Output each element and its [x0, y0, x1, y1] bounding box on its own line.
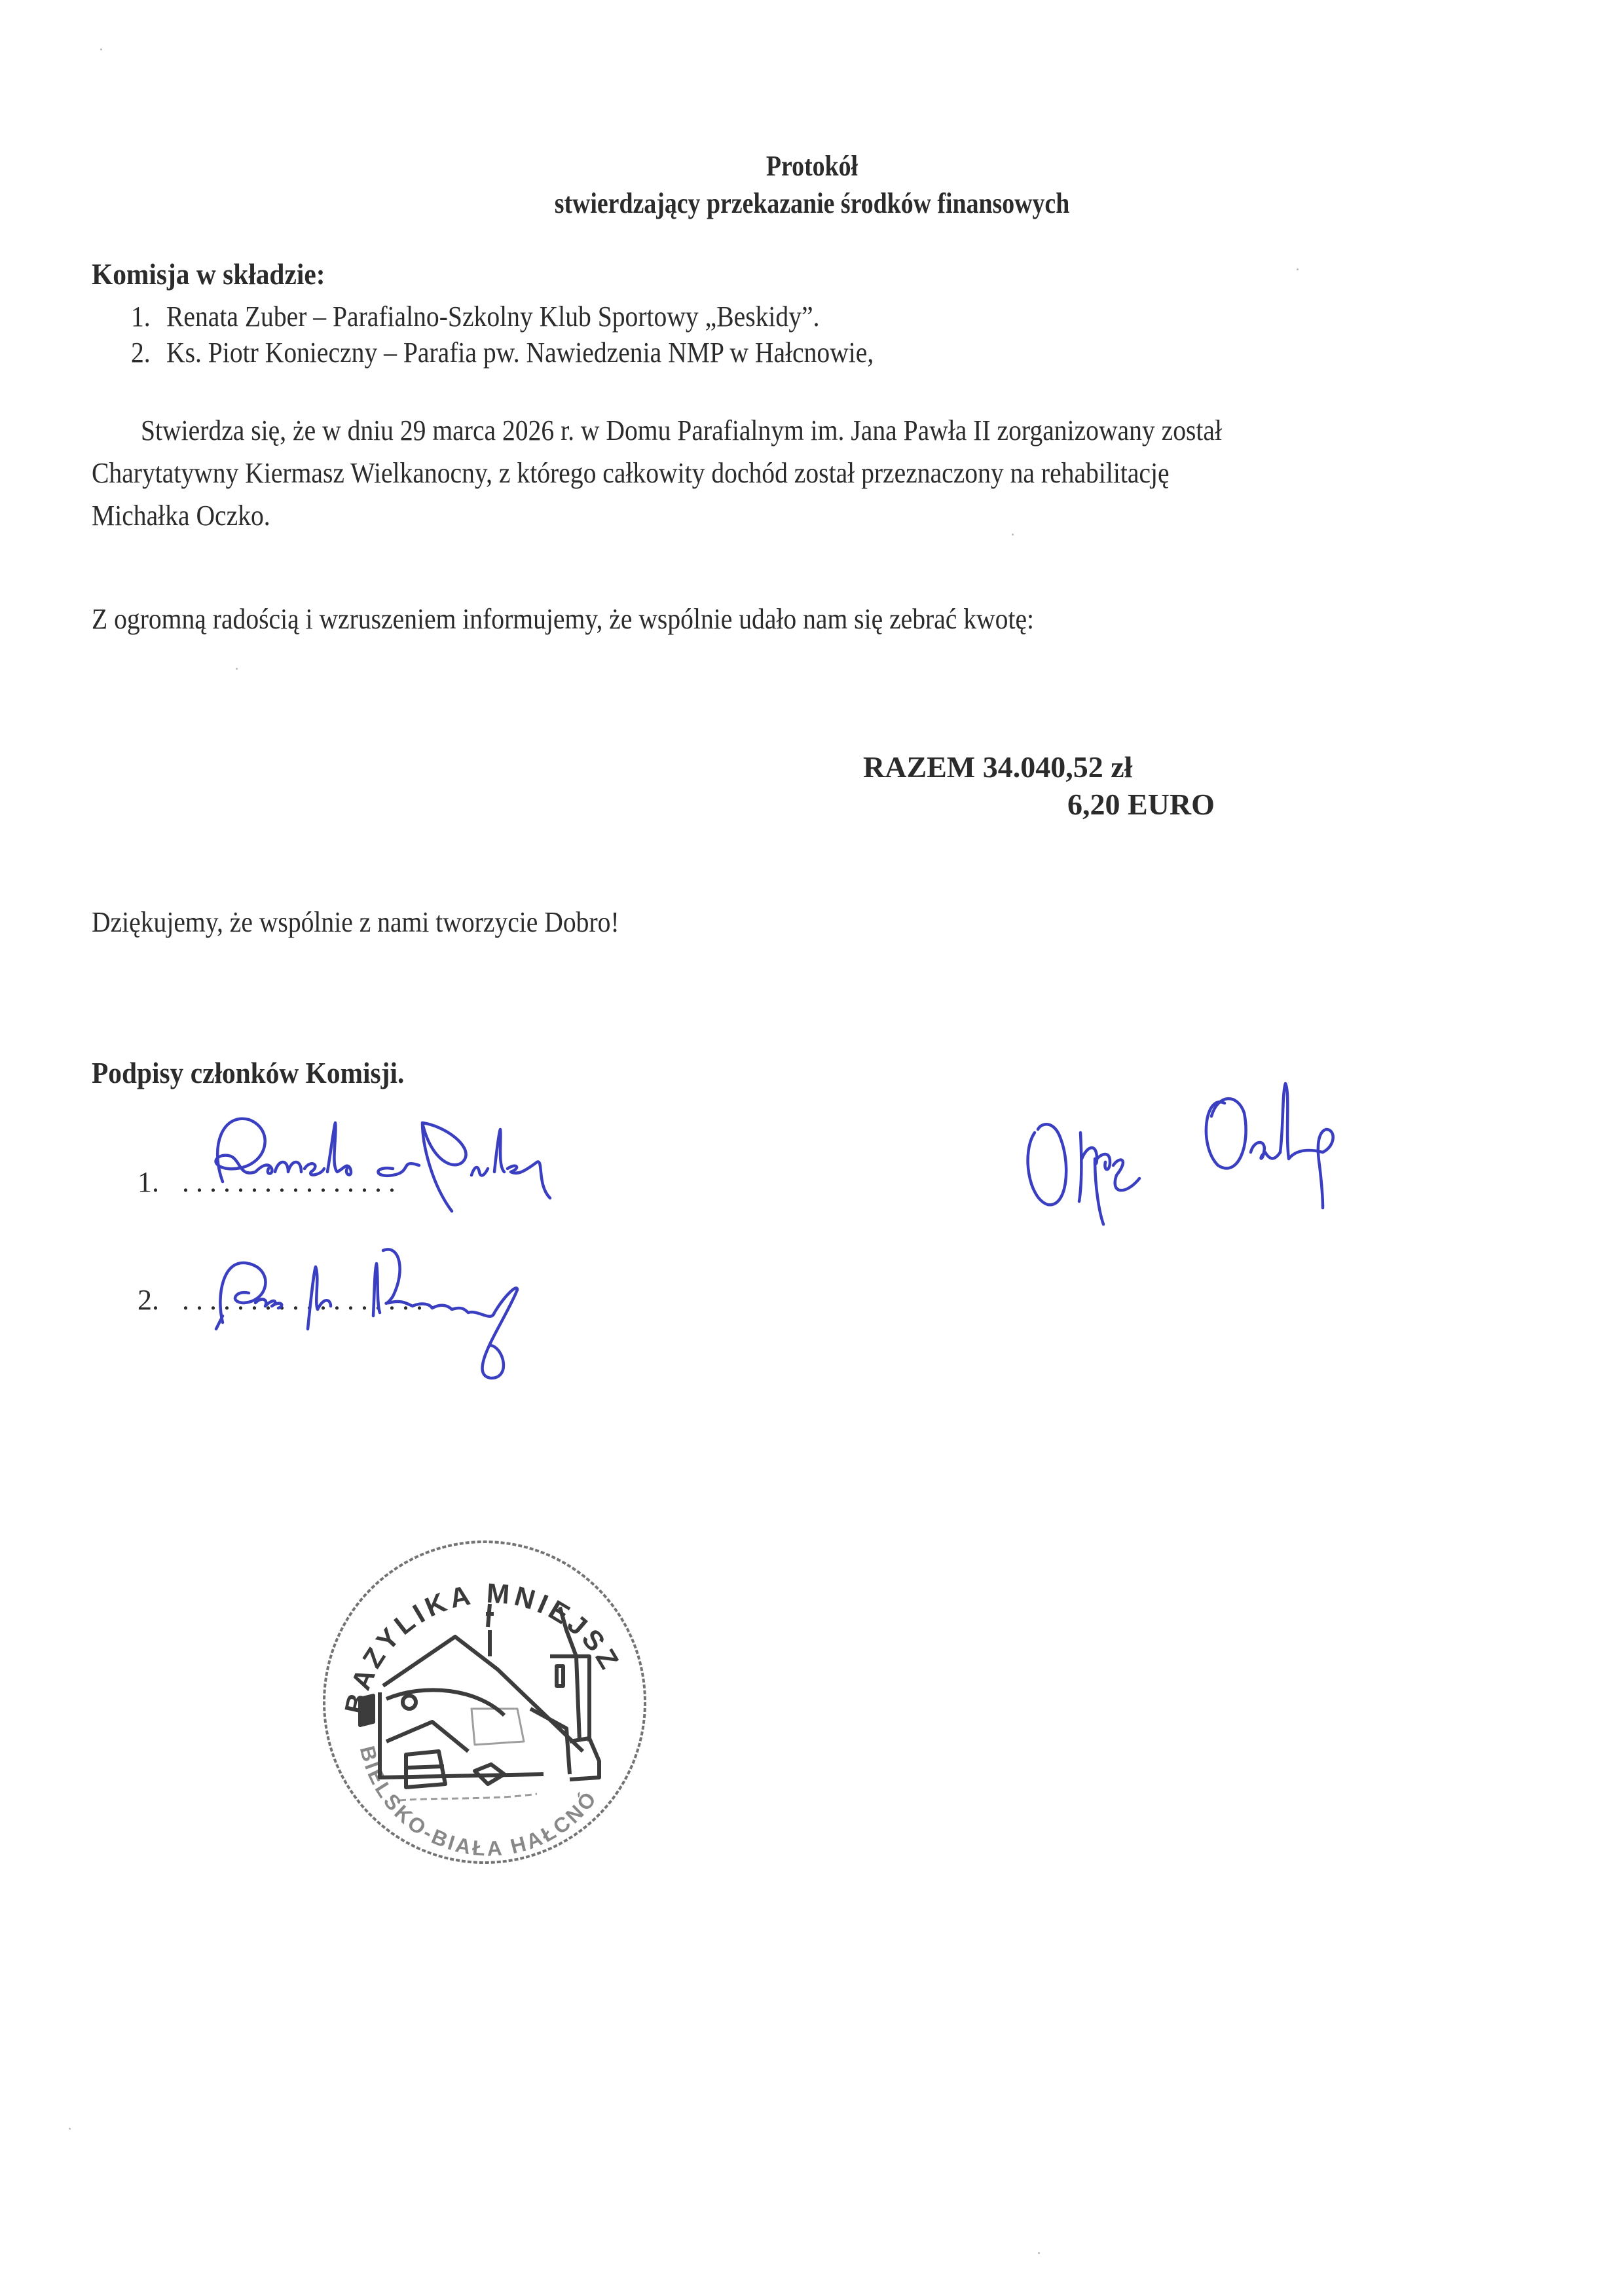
committee-member: 2.Ks. Piotr Konieczny – Parafia pw. Nawi…	[131, 336, 874, 369]
scan-speck	[1297, 268, 1299, 270]
signatures-heading: Podpisy członków Komisji.	[92, 1055, 404, 1090]
signature-number: 1.	[138, 1166, 159, 1198]
scan-speck	[1038, 2252, 1040, 2254]
document-title: Protokół	[114, 149, 1511, 183]
signature-number: 2.	[138, 1284, 159, 1316]
scan-speck	[236, 668, 238, 670]
total-label: RAZEM	[863, 750, 975, 784]
statement-line: Stwierdza się, że w dniu 29 marca 2026 r…	[141, 414, 1222, 447]
list-number: 1.	[131, 300, 166, 333]
member-text: Renata Zuber – Parafialno-Szkolny Klub S…	[166, 301, 819, 333]
committee-heading: Komisja w składzie:	[92, 257, 325, 291]
document-subtitle: stwierdzający przekazanie środków finans…	[114, 187, 1511, 220]
statement-line: Charytatywny Kiermasz Wielkanocny, z któ…	[92, 456, 1170, 490]
scan-speck	[1012, 534, 1014, 536]
closing-text: Dziękujemy, że wspólnie z nami tworzycie…	[92, 905, 619, 939]
scan-speck	[69, 2128, 71, 2130]
committee-member: 1.Renata Zuber – Parafialno-Szkolny Klub…	[131, 300, 819, 333]
signature-1-handwriting	[196, 1106, 589, 1218]
signature-3-handwriting	[1022, 1067, 1388, 1237]
scan-speck	[100, 48, 102, 50]
statement-line: Michałka Oczko.	[92, 499, 270, 532]
member-text: Ks. Piotr Konieczny – Parafia pw. Nawied…	[166, 337, 874, 369]
total-amount-eur: 6,20 EURO	[1067, 787, 1215, 822]
total-amount-pln: RAZEM 34.040,52 zł	[863, 750, 1132, 784]
announcement-text: Z ogromną radością i wzruszeniem informu…	[92, 602, 1034, 636]
list-number: 2.	[131, 336, 166, 369]
signature-2-handwriting	[203, 1231, 629, 1381]
parish-stamp: BAZYLIKA MNIEJSZA BIELSKO-BIAŁA HAŁCNÓW	[308, 1525, 661, 1879]
total-pln-value: 34.040,52 zł	[983, 750, 1133, 784]
